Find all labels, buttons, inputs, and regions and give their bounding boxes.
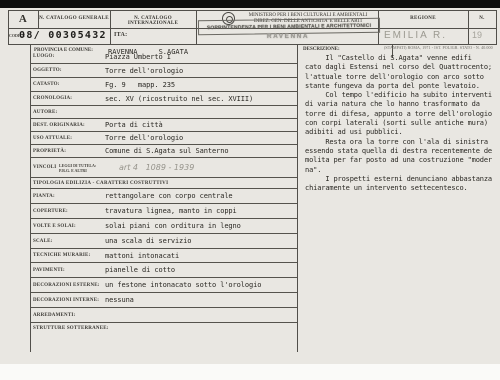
- field-label: PROPRIETÀ:: [33, 149, 105, 154]
- field-label: LUOGO:: [33, 54, 105, 59]
- printer-imprint-note: (STAMPATI) ROMA, 1971 - IST. POLIGR. STA…: [384, 45, 496, 50]
- field-row-scale: SCALE: una scala di servizio: [30, 234, 297, 249]
- field-label: OGGETTO:: [33, 68, 105, 73]
- descrizione-text: Il "Castello di S.Agata" venne edifi cat…: [305, 54, 498, 193]
- field-row-decorazioni-interne: DECORAZIONI INTERNE: nessuna: [30, 293, 297, 308]
- field-label: CRONOLOGIA:: [33, 96, 105, 101]
- field-row-tecniche-murarie: TECNICHE MURARIE: mattoni intonacati: [30, 249, 297, 263]
- field-row-strutture-sotterranee: STRUTTURE SOTTERRANEE:: [30, 323, 297, 344]
- grid-line: [496, 10, 497, 44]
- grid-line: [8, 10, 497, 11]
- field-row-volte-solai: VOLTE E SOLAI: solai piani con orditura …: [30, 219, 297, 234]
- field-row-autore: AUTORE:: [30, 106, 297, 119]
- field-value: rettangolare con corpo centrale: [105, 192, 233, 200]
- section-row-tipologia: TIPOLOGIA EDILIZIA - CARATTERI COSTRUTTI…: [30, 178, 297, 189]
- field-table: LUOGO: Piazza Umberto I OGGETTO: Torre d…: [30, 50, 297, 344]
- vincoli-handwritten-value: art 4 1089 - 1939: [119, 163, 194, 172]
- n-handwritten-value: 19: [472, 30, 482, 40]
- field-value: sec. XV (ricostruito nel sec. XVIII): [105, 95, 253, 103]
- field-label: TECNICHE MURARIE:: [33, 253, 105, 258]
- field-row-proprieta: PROPRIETÀ: Comune di S.Agata sul Santern…: [30, 145, 297, 158]
- field-label: USO ATTUALE:: [33, 136, 105, 141]
- field-value: Piazza Umberto I: [105, 53, 171, 61]
- field-value: una scala di servizio: [105, 237, 191, 245]
- field-row-coperture: COPERTURE: travatura lignea, manto in co…: [30, 204, 297, 219]
- field-row-vincoli: VINCOLI LEGGI DI TUTELA: P.R.G. E ALTRI …: [30, 158, 297, 178]
- field-row-pianta: PIANTA: rettangolare con corpo centrale: [30, 189, 297, 204]
- field-label: STRUTTURE SOTTERRANEE:: [33, 326, 109, 331]
- field-row-pavimenti: PAVIMENTI: pianelle di cotto: [30, 263, 297, 278]
- section-header-label: TIPOLOGIA EDILIZIA - CARATTERI COSTRUTTI…: [33, 181, 168, 186]
- field-value: mattoni intonacati: [105, 252, 179, 260]
- regione-handwritten-value: EMILIA R.: [384, 30, 447, 41]
- corner-letter-a: A: [8, 13, 38, 25]
- field-value: nessuna: [105, 296, 134, 304]
- field-value: Torre dell'orologio: [105, 67, 183, 75]
- field-row-oggetto: OGGETTO: Torre dell'orologio: [30, 64, 297, 78]
- field-label: VOLTE E SOLAI:: [33, 224, 105, 229]
- ita-label: ITA:: [114, 32, 138, 38]
- field-label: DECORAZIONI INTERNE:: [33, 298, 105, 303]
- descrizione-label: DESCRIZIONE:: [303, 47, 340, 52]
- field-row-decorazioni-esterne: DECORAZIONI ESTERNE: un festone intonaca…: [30, 278, 297, 293]
- field-value: un festone intonacato sotto l'orologio: [105, 281, 261, 289]
- regione-column-header: REGIONE: [378, 16, 468, 21]
- field-label: SCALE:: [33, 239, 105, 244]
- codice-number: 08/ 00305432: [19, 30, 107, 41]
- n-column-header: N.: [468, 16, 496, 21]
- field-value: travatura lignea, manto in coppi: [105, 207, 237, 215]
- field-value: Porta di città: [105, 121, 163, 129]
- field-label: VINCOLI: [33, 165, 59, 170]
- field-label: PIANTA:: [33, 194, 105, 199]
- field-row-arredamenti: ARREDAMENTI:: [30, 308, 297, 323]
- stamp-city-text: RAVENNA: [198, 33, 378, 40]
- field-value: Fg. 9 mapp. 235: [105, 81, 175, 89]
- scanner-bed: [0, 364, 500, 380]
- col-header-catalogo-generale: N. CATALOGO GENERALE: [38, 16, 110, 21]
- field-value: solai piani con orditura in legno: [105, 222, 241, 230]
- field-value: Torre dell'orologio: [105, 134, 183, 142]
- grid-line: [297, 44, 298, 352]
- vincoli-sublabels: LEGGI DI TUTELA: P.R.G. E ALTRI: [59, 163, 105, 173]
- field-label: AUTORE:: [33, 110, 105, 115]
- vincoli-sublabel-2: P.R.G. E ALTRI: [59, 168, 105, 173]
- field-label: PAVIMENTI:: [33, 268, 105, 273]
- grid-line: [196, 10, 197, 44]
- field-label: CATASTO:: [33, 82, 105, 87]
- field-label: ARREDAMENTI:: [33, 313, 105, 318]
- field-row-dest-originaria: DEST. ORIGINARIA: Porta di città: [30, 119, 297, 132]
- field-label: COPERTURE:: [33, 209, 105, 214]
- field-row-catasto: CATASTO: Fg. 9 mapp. 235: [30, 78, 297, 92]
- field-label: DEST. ORIGINARIA:: [33, 123, 105, 128]
- stamp-text: SOPRINTENDENZA PER I BENI AMBIENTALI E A…: [207, 22, 371, 30]
- field-value: pianelle di cotto: [105, 266, 175, 274]
- scanned-catalog-card: A N. CATALOGO GENERALE N. CATALOGO INTER…: [0, 0, 500, 380]
- field-row-uso-attuale: USO ATTUALE: Torre dell'orologio: [30, 132, 297, 145]
- col-header-catalogo-internazionale: N. CATALOGO INTERNAZIONALE: [110, 16, 196, 26]
- field-label: DECORAZIONI ESTERNE:: [33, 283, 105, 288]
- field-row-cronologia: CRONOLOGIA: sec. XV (ricostruito nel sec…: [30, 92, 297, 106]
- field-row-luogo: LUOGO: Piazza Umberto I: [30, 50, 297, 64]
- field-value: Comune di S.Agata sul Santerno: [105, 147, 228, 155]
